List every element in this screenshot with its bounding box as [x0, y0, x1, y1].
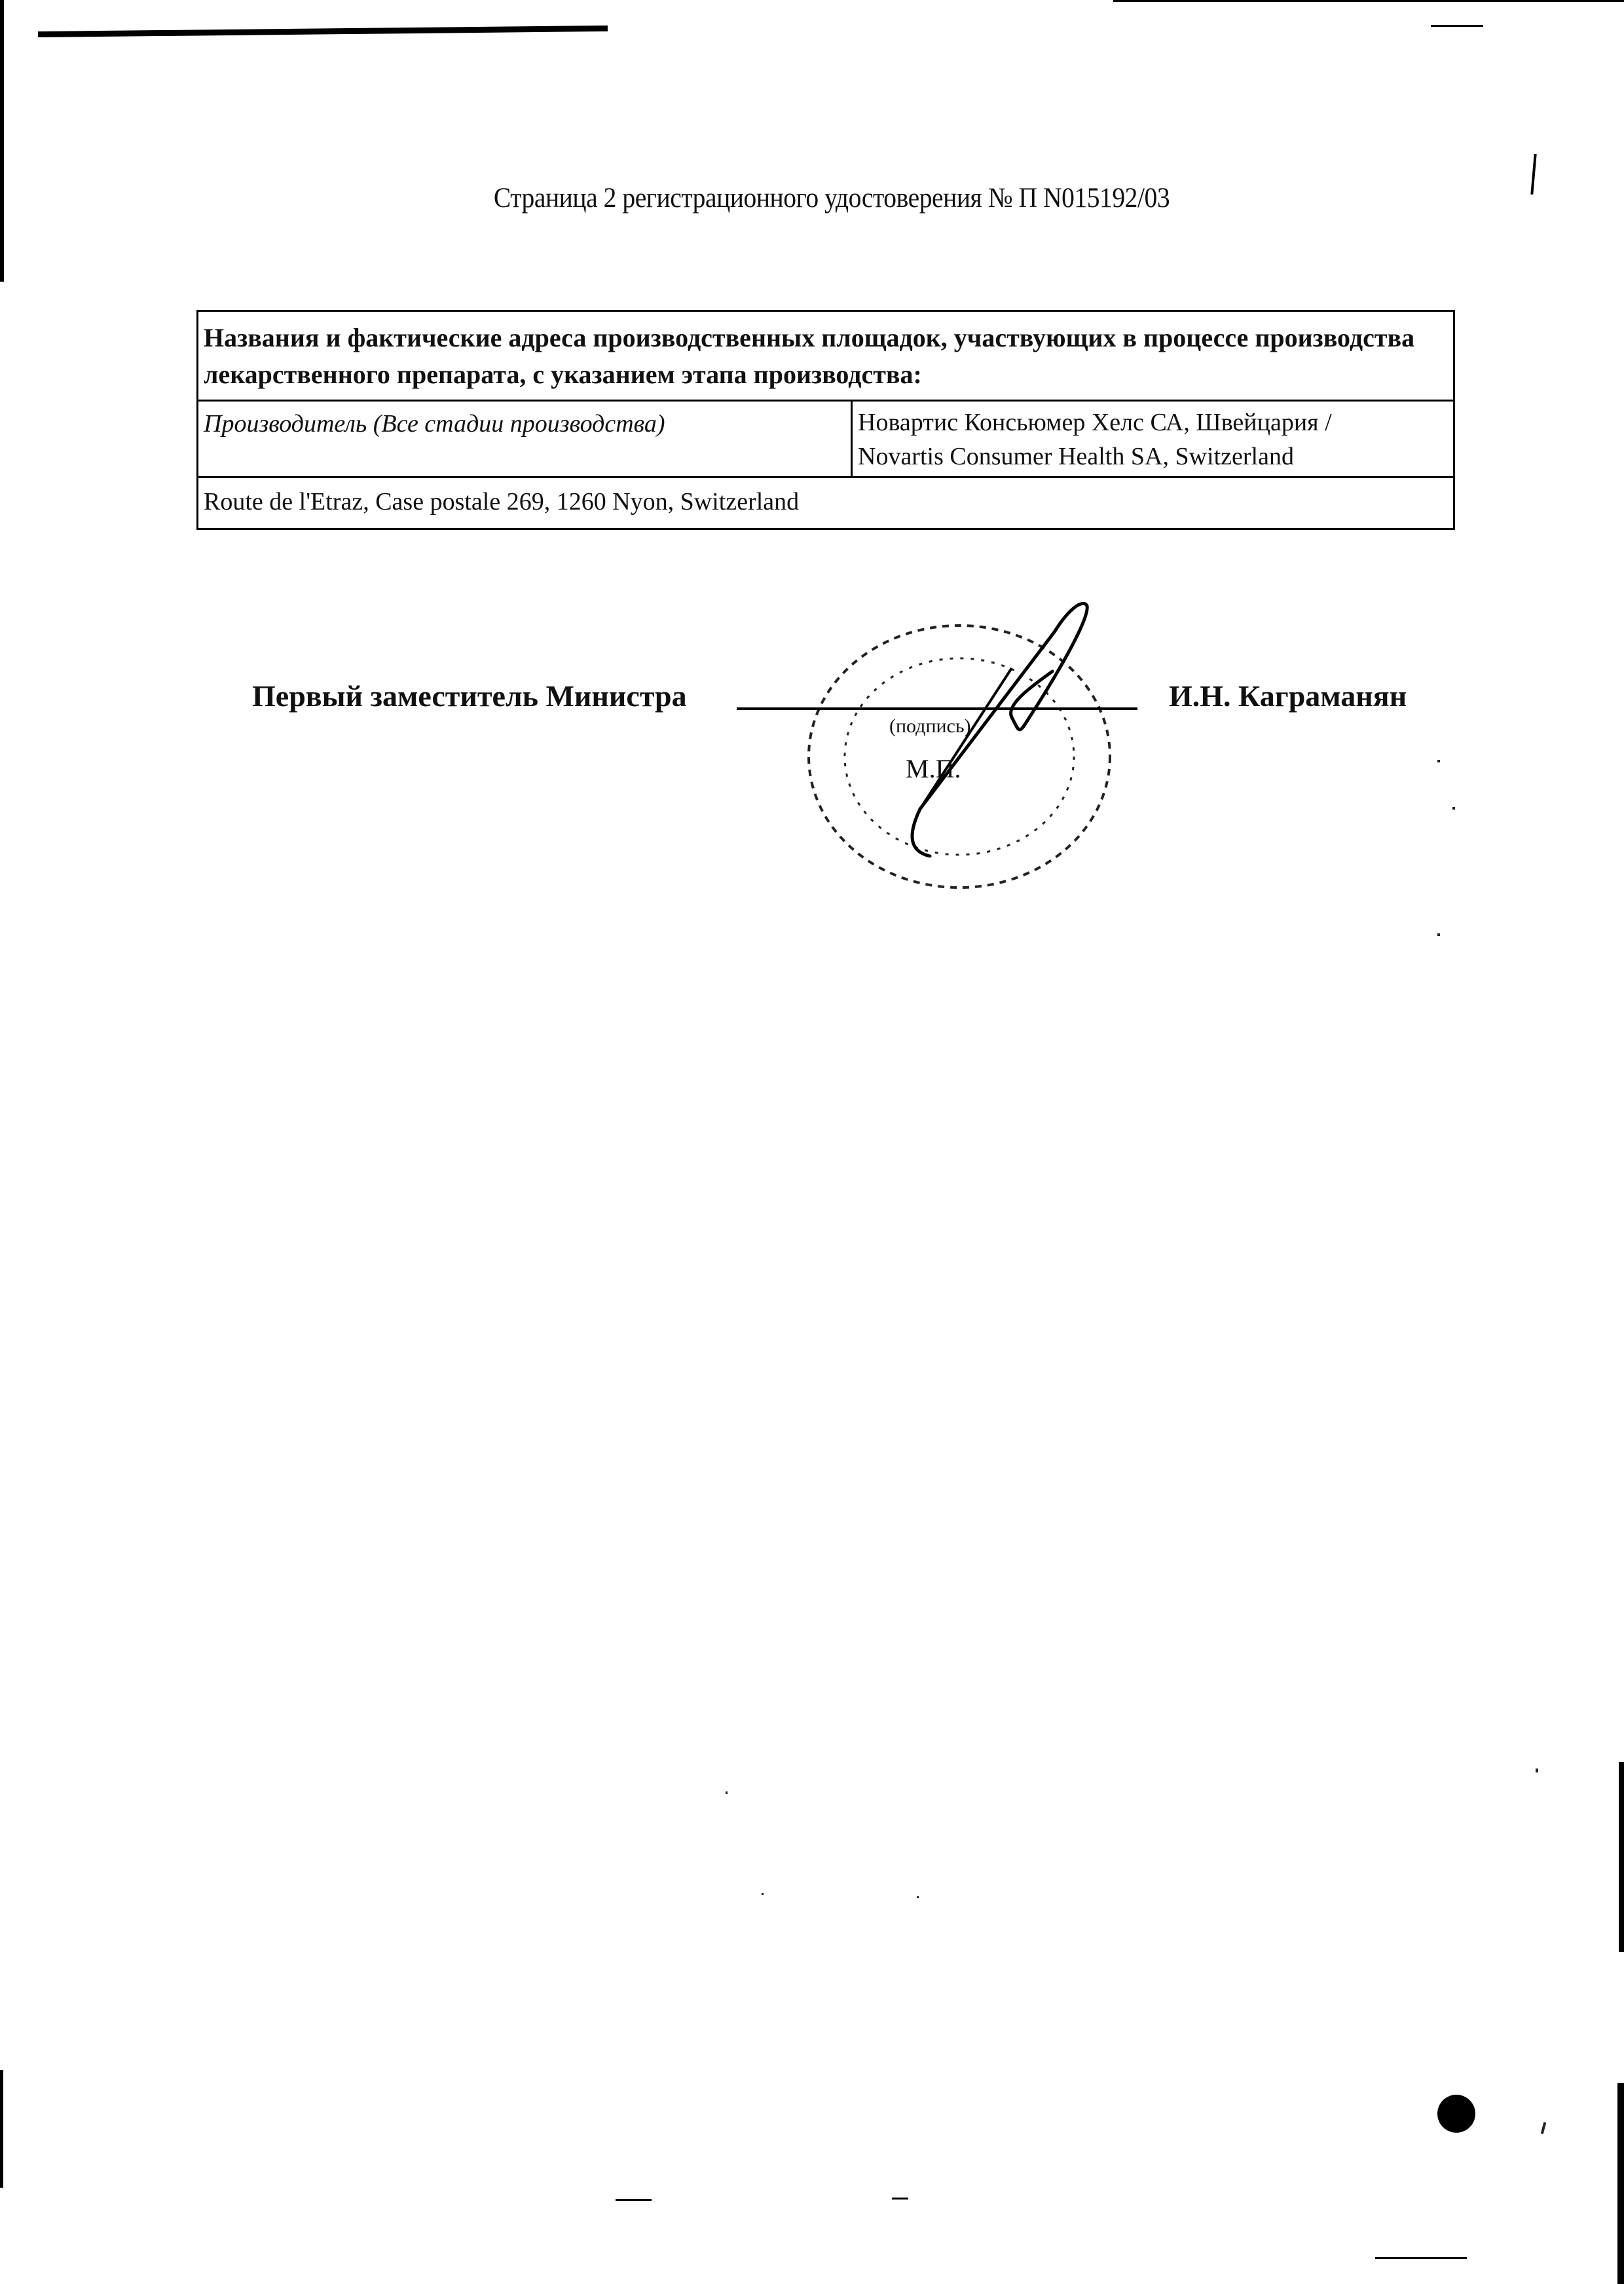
scan-speck [762, 1893, 764, 1895]
scan-speck [726, 1791, 728, 1794]
table-row-address: Route de l'Etraz, Case postale 269, 1260… [198, 477, 1454, 529]
scan-edge-right-2 [1617, 2083, 1624, 2284]
scan-bottom-dash [1375, 2257, 1467, 2259]
official-seal-stamp-icon [796, 593, 1130, 894]
manufacturer-address-cell: Route de l'Etraz, Case postale 269, 1260… [198, 477, 1454, 529]
scan-top-rule-left [38, 26, 608, 37]
table-header-cell: Названия и фактические адреса производст… [198, 311, 1454, 401]
manufacturer-name-ru: Новартис Консьюмер Хелс СА, Швейцария / [858, 405, 1448, 440]
scan-edge-left [0, 0, 4, 282]
ink-blot [1437, 2095, 1475, 2133]
signatory-title: Первый заместитель Министра [252, 679, 687, 713]
scan-edge-right-1 [1619, 1762, 1624, 1952]
manufacturer-role-cell: Производитель (Все стадии производства) [198, 401, 852, 477]
manufacturer-name-en: Novartis Consumer Health SA, Switzerland [858, 440, 1448, 474]
signatory-name: И.Н. Каграманян [1169, 679, 1407, 713]
signature-line [737, 707, 1137, 710]
scan-speck [1541, 2122, 1547, 2134]
scan-mark-bottom-2 [892, 2198, 908, 2200]
scan-mark-bottom [616, 2199, 652, 2201]
scan-speck [1437, 933, 1440, 936]
table-row: Производитель (Все стадии производства) … [198, 401, 1454, 477]
page-heading: Страница 2 регистрационного удостоверени… [67, 182, 1597, 214]
stamp-place-label: М.П. [906, 753, 961, 784]
signature-hint-label: (подпись) [889, 715, 971, 738]
table-header-row: Названия и фактические адреса производст… [198, 311, 1454, 401]
scan-speck [1437, 760, 1440, 762]
scan-speck [1536, 1769, 1538, 1772]
production-sites-table: Названия и фактические адреса производст… [196, 310, 1455, 530]
scan-top-rule-right [1113, 0, 1624, 2]
scan-speck [1452, 807, 1455, 810]
manufacturer-name-cell: Новартис Консьюмер Хелс СА, Швейцария / … [852, 401, 1454, 477]
scan-top-dash [1431, 25, 1483, 27]
scan-speck [917, 1896, 919, 1898]
scan-edge-left-lower [0, 2070, 3, 2188]
